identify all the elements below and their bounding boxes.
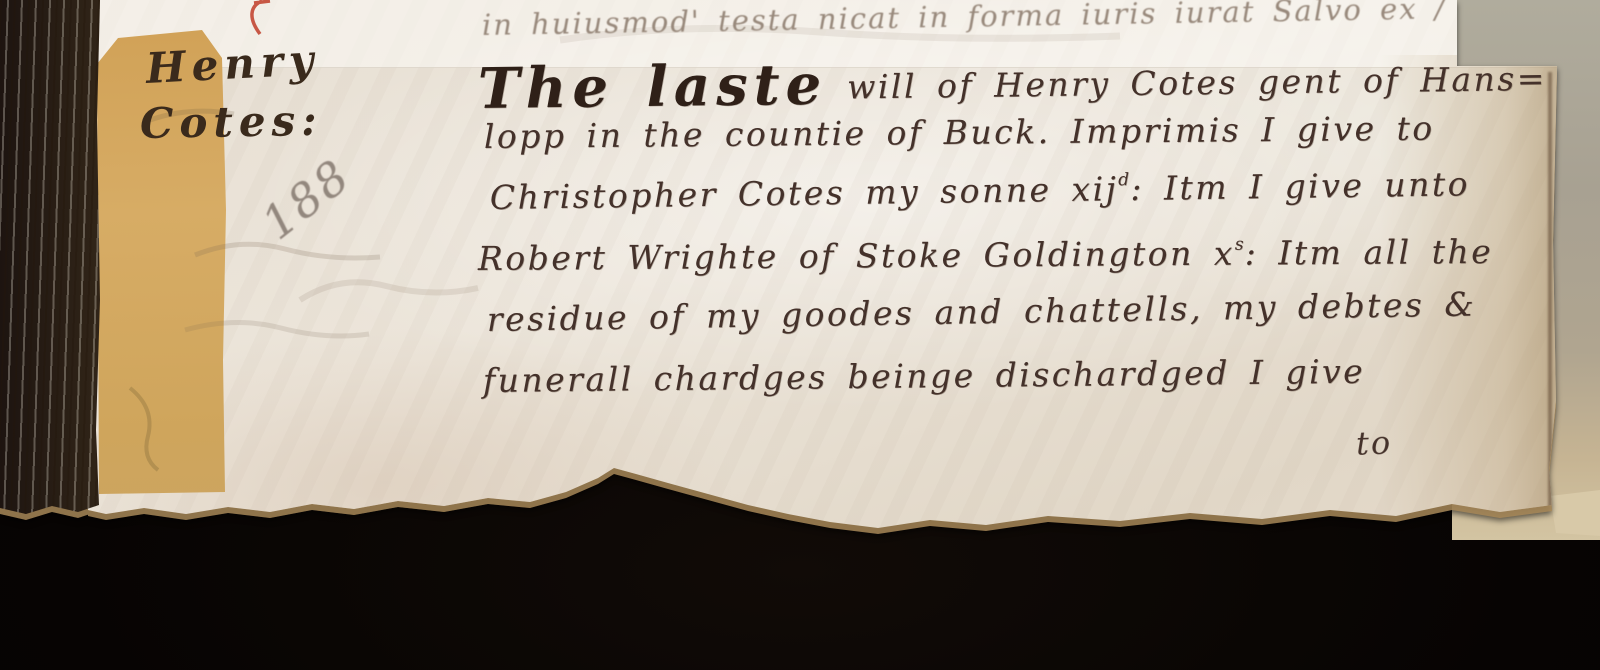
will-text-segment: Christopher Cotes my sonne xij [490,169,1119,217]
book-leaf: Henry Cotes: 188 in huiusmod' testa nica… [0,0,1600,670]
will-text-sup: d [1118,170,1130,190]
will-text-segment: : Itm all the [1245,232,1494,273]
will-text-line: The laste will of Henry Cotes gent of Ha… [478,43,1539,117]
manuscript-photo: Henry Cotes: 188 in huiusmod' testa nica… [0,0,1600,670]
catchword: to [1355,423,1392,462]
margin-heading-line2: Cotes: [140,94,407,148]
margin-heading: Henry Cotes: [146,44,406,148]
will-text-segment: will of Henry Cotes gent of Hans= [827,59,1547,107]
will-text-segment: lopp in the countie of Buck. Imprimis I … [484,109,1435,156]
folio-number: 188 [252,148,362,250]
will-text-segment: Robert Wrighte of Stoke Goldington x [478,234,1235,278]
will-text-sup: s [1235,235,1245,255]
will-text-line: funerall chardges beinge dischardged I g… [483,350,1539,422]
will-text-segment: funerall chardges beinge dischardged I g… [483,352,1366,400]
manuscript-page: Henry Cotes: 188 in huiusmod' testa nica… [0,0,1600,670]
will-text-opening: The laste [478,52,828,122]
will-text-segment: : Itm I give unto [1130,164,1470,208]
will-text-block: The laste will of Henry Cotes gent of Ha… [478,56,1538,422]
page-crease-line [1548,72,1552,512]
